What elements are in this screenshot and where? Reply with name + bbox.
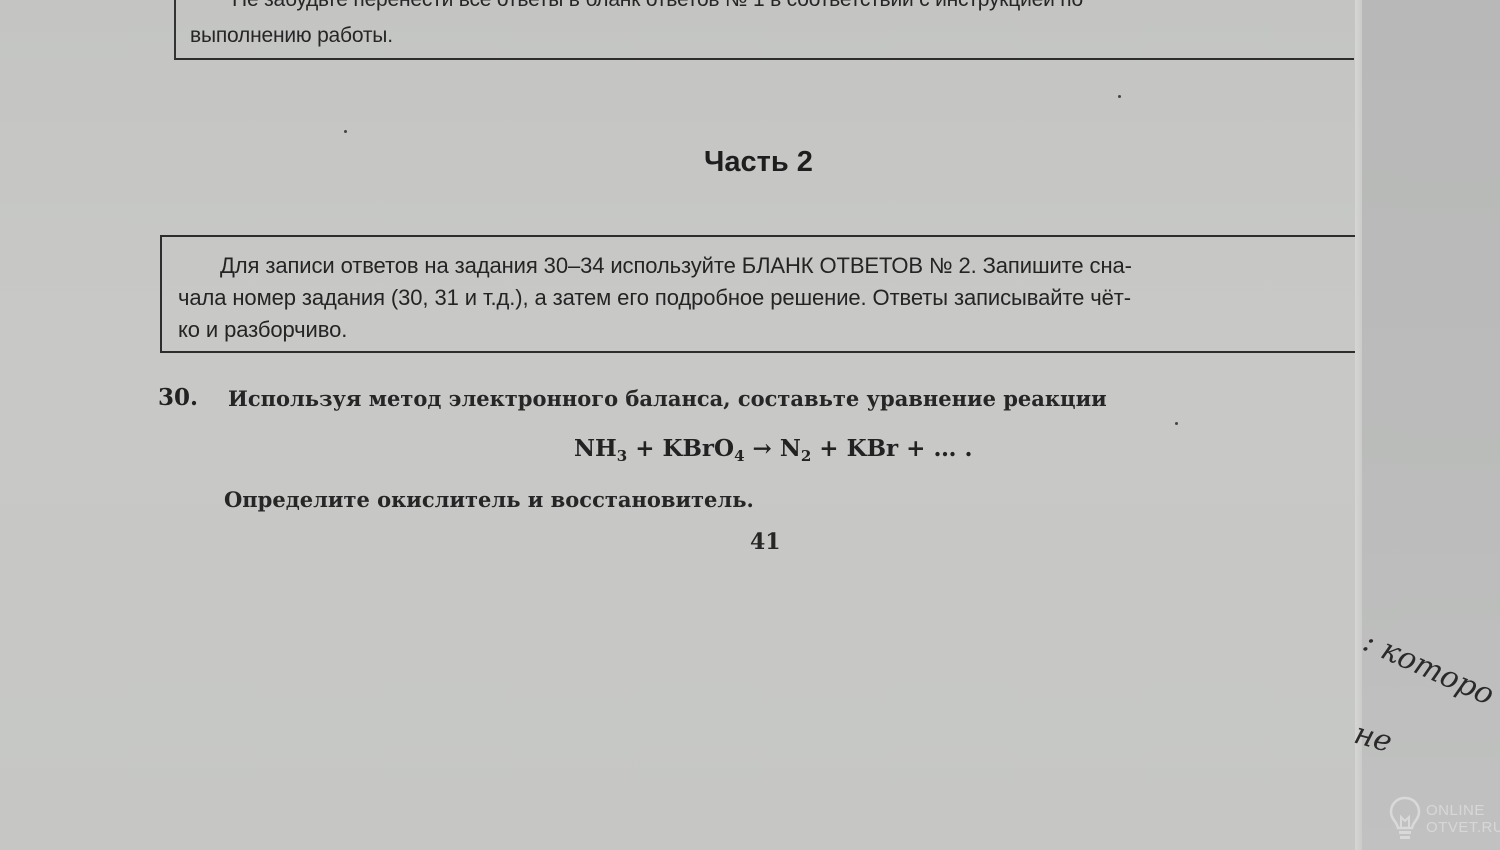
equation-rest: + … . [898, 435, 972, 462]
instructions-line-3: ко и разборчиво. [178, 317, 347, 343]
plus-sign: + [627, 435, 662, 462]
watermark-line-2: OTVET.RU [1426, 819, 1500, 836]
product-1-subscript: 2 [801, 447, 811, 465]
reactant-2-subscript: 4 [734, 447, 744, 465]
lightbulb-icon [1388, 795, 1422, 843]
notice-line-1: Не забудьте перенести все ответы в бланк… [232, 0, 1083, 12]
product-1: N [780, 435, 801, 462]
notice-box: Не забудьте перенести все ответы в бланк… [174, 0, 1354, 60]
paper-speck [1118, 95, 1121, 98]
reactant-1: NH [574, 435, 617, 462]
paper-speck [1175, 422, 1178, 425]
reaction-arrow: → [745, 435, 780, 462]
product-2: KBr [847, 435, 899, 462]
reactant-1-subscript: 3 [617, 447, 627, 465]
task-question: Определите окислитель и восстановитель. [224, 487, 754, 512]
watermark-line-1: ONLINE [1426, 802, 1500, 819]
paper-speck [344, 130, 347, 133]
task-text: Используя метод электронного баланса, со… [228, 386, 1107, 411]
document-page: Не забудьте перенести все ответы в бланк… [0, 0, 1360, 850]
instructions-line-1: Для записи ответов на задания 30–34 испо… [220, 253, 1132, 279]
section-heading: Часть 2 [704, 146, 813, 179]
instructions-box: Для записи ответов на задания 30–34 испо… [160, 235, 1357, 353]
watermark: ONLINE OTVET.RU [1388, 795, 1500, 843]
reaction-equation: NH3 + KBrO4 → N2 + KBr + … . [574, 435, 972, 465]
instructions-line-2: чала номер задания (30, 31 и т.д.), а за… [178, 285, 1131, 311]
page-number: 41 [750, 529, 781, 555]
plus-sign: + [811, 435, 846, 462]
reactant-2: KBrO [663, 435, 735, 462]
notice-line-2: выполнению работы. [190, 24, 393, 48]
task-number: 30. [158, 384, 198, 411]
